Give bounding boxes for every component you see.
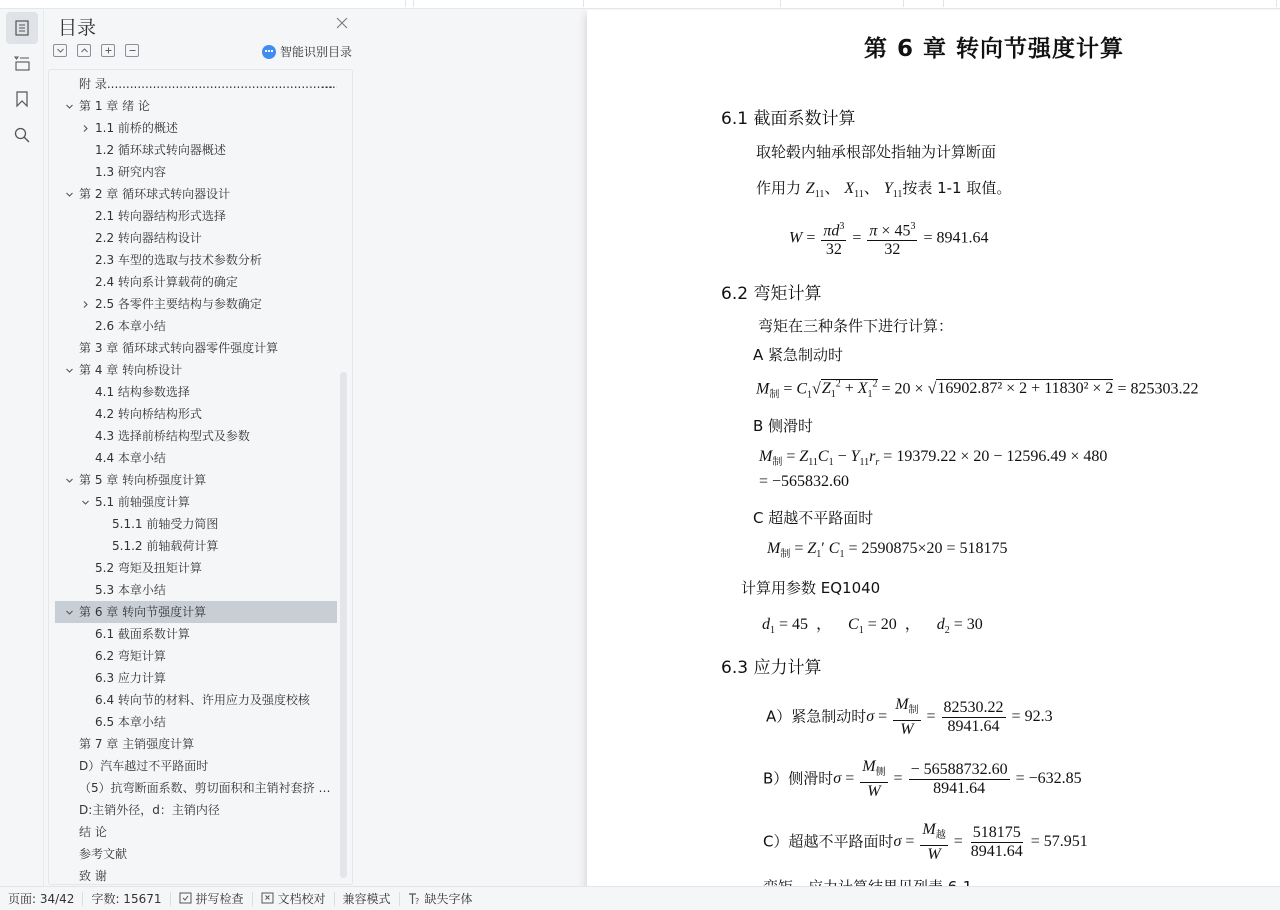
toc-item-label: 1.2 循环球式转向器概述 <box>95 139 226 161</box>
toc-item-label: 第 6 章 转向节强度计算 <box>79 601 206 623</box>
toc-item-label: 2.4 转向系计算载荷的确定 <box>95 271 238 293</box>
collapse-all-button[interactable] <box>53 44 67 57</box>
proofread-icon <box>261 892 274 905</box>
missing-font-icon: ? <box>408 892 421 905</box>
toc-item[interactable]: 2.3 车型的选取与技术参数分析 <box>55 249 337 271</box>
navigation-panel-button[interactable] <box>6 47 38 79</box>
toc-item[interactable]: 6.2 弯矩计算 <box>55 645 337 667</box>
paragraph: 弯矩、应力计算结果见列表 6-1 <box>763 876 972 886</box>
toc-item[interactable]: 第 5 章 转向桥强度计算 <box>55 469 337 491</box>
toc-item-label: 第 3 章 循环球式转向器零件强度计算 <box>79 337 278 359</box>
toc-item-label: D:主销外径，d：主销内径 <box>79 799 220 821</box>
toc-item-label: 5.1.2 前轴载荷计算 <box>112 535 218 557</box>
chapter-title: 第 6 章 转向节强度计算 <box>864 30 1124 63</box>
toc-item[interactable]: 第 7 章 主销强度计算 <box>55 733 337 755</box>
toc-item-label: 4.1 结构参数选择 <box>95 381 190 403</box>
toc-item-label: （5）抗弯断面系数、剪切面积和主销衬套挤 … <box>79 777 330 799</box>
ruler-tick <box>405 0 406 7</box>
bookmark-icon <box>13 90 31 108</box>
toc-item-label: 2.1 转向器结构形式选择 <box>95 205 226 227</box>
toc-item-label: D）汽车越过不平路面时 <box>79 755 208 777</box>
toc-panel-button[interactable] <box>6 12 38 44</box>
equation-moment-c: M制 = Z1′ C1 = 2590875×20 = 518175 <box>767 540 1022 560</box>
toc-item-label: 5.3 本章小结 <box>95 579 166 601</box>
svg-text:?: ? <box>415 897 419 905</box>
toc-item-label: 结 论 <box>79 821 107 843</box>
toc-item-label: 第 5 章 转向桥强度计算 <box>79 469 206 491</box>
toc-item[interactable]: 6.1 截面系数计算 <box>55 623 337 645</box>
toc-scrollbar[interactable] <box>340 372 347 878</box>
equation-params: d1 = 45 ， C1 = 20 ， d2 = 30 <box>762 611 983 636</box>
toc-item[interactable]: 第 4 章 转向桥设计 <box>55 359 337 381</box>
paragraph: 弯矩在三种条件下进行计算： <box>758 315 953 336</box>
document-canvas: 第 6 章 转向节强度计算 6.1 截面系数计算 取轮毂内轴承根部处指轴为计算断… <box>357 10 1280 886</box>
toc-item[interactable]: 第 1 章 绪 论 <box>55 95 337 117</box>
toc-item[interactable]: 4.1 结构参数选择 <box>55 381 337 403</box>
chevron-down-icon[interactable] <box>63 183 75 205</box>
toc-item-label: 1.1 前桥的概述 <box>95 117 178 139</box>
missing-font-button[interactable]: ? 缺失字体 <box>400 892 481 906</box>
section-heading-6-1: 6.1 截面系数计算 <box>721 104 855 129</box>
search-icon <box>13 126 31 144</box>
stress-c: C）超越不平路面时σ = M越W = 5181758941.64 = 57.95… <box>763 821 1088 864</box>
ruler-strip <box>0 0 1280 9</box>
toc-item[interactable]: 结 论 <box>55 821 337 843</box>
toc-item[interactable]: 5.3 本章小结 <box>55 579 337 601</box>
chevron-down-icon[interactable] <box>79 491 91 513</box>
toc-item-label: 6.3 应力计算 <box>95 667 166 689</box>
chevron-right-icon[interactable] <box>79 293 91 315</box>
ruler-tick <box>583 0 584 7</box>
toc-item[interactable]: 5.1.2 前轴载荷计算 <box>55 535 337 557</box>
ruler-tick <box>780 0 781 7</box>
toc-item[interactable]: 5.2 弯矩及扭矩计算 <box>55 557 337 579</box>
toc-item[interactable]: 5.1 前轴强度计算 <box>55 491 337 513</box>
chevron-down-icon[interactable] <box>63 601 75 623</box>
paragraph: 作用力 Z11、 X11、 Y11按表 1-1 取值。 <box>756 175 1011 200</box>
toc-item-label: 2.3 车型的选取与技术参数分析 <box>95 249 262 271</box>
toc-item-label: 第 4 章 转向桥设计 <box>79 359 182 381</box>
toc-item-label: 6.5 本章小结 <box>95 711 166 733</box>
toc-item[interactable]: 2.1 转向器结构形式选择 <box>55 205 337 227</box>
toc-item-label: 2.2 转向器结构设计 <box>95 227 202 249</box>
remove-level-button[interactable] <box>125 44 139 57</box>
ruler-tick <box>903 0 904 7</box>
ruler-tick <box>943 0 944 7</box>
toc-item[interactable]: 6.4 转向节的材料、许用应力及强度校核 <box>55 689 337 711</box>
toc-item-label: 第 7 章 主销强度计算 <box>79 733 194 755</box>
toc-item-label: 致 谢 <box>79 865 107 885</box>
navigation-icon <box>13 54 31 72</box>
toc-item[interactable]: 附 录.....................................… <box>55 73 337 95</box>
doc-proofread-button[interactable]: 文档校对 <box>253 892 335 906</box>
section-heading-6-3: 6.3 应力计算 <box>721 653 821 678</box>
toc-list: 致 谢参考文献结 论D:主销外径，d：主销内径（5）抗弯断面系数、剪切面积和主销… <box>48 69 353 885</box>
toc-item-label: 6.4 转向节的材料、许用应力及强度校核 <box>95 689 310 711</box>
minus-icon <box>128 46 137 55</box>
equation-moment-a: M制 = C1√Z12 + X12 = 20 × √16902.87² × 2 … <box>756 379 1198 401</box>
toc-item[interactable]: 4.2 转向桥结构形式 <box>55 403 337 425</box>
page-indicator[interactable]: 页面: 34/42 <box>0 892 83 906</box>
toc-item[interactable]: 第 2 章 循环球式转向器设计 <box>55 183 337 205</box>
toc-item[interactable]: （5）抗弯断面系数、剪切面积和主销衬套挤 … <box>55 777 337 799</box>
case-label: B 侧滑时 <box>753 415 813 436</box>
toc-item[interactable]: 2.4 转向系计算载荷的确定 <box>55 271 337 293</box>
add-level-button[interactable] <box>101 44 115 57</box>
sidebar-rail <box>0 10 44 886</box>
toc-item[interactable]: 1.1 前桥的概述 <box>55 117 337 139</box>
section-heading-6-2: 6.2 弯矩计算 <box>721 279 821 304</box>
toc-item-label: 4.2 转向桥结构形式 <box>95 403 202 425</box>
toc-item[interactable]: D:主销外径，d：主销内径 <box>55 799 337 821</box>
toc-item-label: 5.2 弯矩及扭矩计算 <box>95 557 202 579</box>
toc-item[interactable]: 2.5 各零件主要结构与参数确定 <box>55 293 337 315</box>
chevron-up-icon <box>80 46 89 55</box>
toc-item[interactable]: 6.5 本章小结 <box>55 711 337 733</box>
toc-item-label: 第 2 章 循环球式转向器设计 <box>79 183 230 205</box>
equation-moment-b-result: = −565832.60 <box>759 473 849 491</box>
toc-item-label: 6.1 截面系数计算 <box>95 623 190 645</box>
toc-title: 目录 <box>58 13 96 40</box>
toc-item[interactable]: 第 3 章 循环球式转向器零件强度计算 <box>55 337 337 359</box>
toc-item-label: 6.2 弯矩计算 <box>95 645 166 667</box>
paragraph: 取轮毂内轴承根部处指轴为计算断面 <box>756 141 996 162</box>
toc-item[interactable]: 1.2 循环球式转向器概述 <box>55 139 337 161</box>
toc-item-suffix: … <box>321 73 333 95</box>
toc-item-label: 2.6 本章小结 <box>95 315 166 337</box>
toc-item[interactable]: 4.3 选择前桥结构型式及参数 <box>55 425 337 447</box>
paragraph: 计算用参数 EQ1040 <box>741 577 880 598</box>
toc-item[interactable]: 6.3 应力计算 <box>55 667 337 689</box>
chevron-down-icon[interactable] <box>63 359 75 381</box>
toc-panel: 目录 智能识别目录 致 谢参考文献结 论D:主销外径，d：主销内径（5）抗弯断面… <box>45 10 357 886</box>
expand-up-button[interactable] <box>77 44 91 57</box>
toc-item-label: 参考文献 <box>79 843 127 865</box>
spell-check-icon <box>179 892 192 905</box>
toc-item[interactable]: 第 6 章 转向节强度计算 <box>55 601 337 623</box>
toc-item-label: 2.5 各零件主要结构与参数确定 <box>95 293 262 315</box>
stress-a: A）紧急制动时σ = M制W = 82530.228941.64 = 92.3 <box>766 696 1053 739</box>
compat-mode-button[interactable]: 兼容模式 <box>335 892 400 906</box>
toc-item[interactable]: 参考文献 <box>55 843 337 865</box>
equation-moment-b: M制 = Z11C1 − Y11rr = 19379.22 × 20 − 125… <box>759 448 1107 468</box>
smart-toc-label: 智能识别目录 <box>280 43 352 60</box>
chevron-right-icon[interactable] <box>79 117 91 139</box>
toc-item-label: 附 录.....................................… <box>79 73 337 95</box>
toc-item-label: 第 1 章 绪 论 <box>79 95 150 117</box>
toc-item[interactable]: 致 谢 <box>55 865 337 885</box>
search-panel-button[interactable] <box>6 119 38 151</box>
toc-item-label: 5.1.1 前轴受力简图 <box>112 513 218 535</box>
smart-toc-button[interactable]: 智能识别目录 <box>262 43 352 60</box>
toc-item[interactable]: 2.2 转向器结构设计 <box>55 227 337 249</box>
equation-section-modulus: W = πd332 = π × 45332 = 8941.64 <box>789 218 988 259</box>
toc-item[interactable]: 2.6 本章小结 <box>55 315 337 337</box>
document-page: 第 6 章 转向节强度计算 6.1 截面系数计算 取轮毂内轴承根部处指轴为计算断… <box>587 10 1280 886</box>
plus-icon <box>104 46 113 55</box>
toc-item-label: 4.3 选择前桥结构型式及参数 <box>95 425 250 447</box>
spell-check-button[interactable]: 拼写检查 <box>171 892 253 906</box>
toc-item[interactable]: 5.1.1 前轴受力简图 <box>55 513 337 535</box>
toc-item-label: 5.1 前轴强度计算 <box>95 491 190 513</box>
case-label: A 紧急制动时 <box>753 344 843 365</box>
bookmark-panel-button[interactable] <box>6 83 38 115</box>
close-icon[interactable] <box>335 16 349 30</box>
toc-item-label: 4.4 本章小结 <box>95 447 166 469</box>
ai-icon <box>262 45 276 59</box>
ruler-tick <box>413 0 414 7</box>
word-count[interactable]: 字数: 15671 <box>83 892 170 906</box>
chevron-down-icon[interactable] <box>63 95 75 117</box>
ruler-tick <box>1276 0 1277 7</box>
toc-item[interactable]: D）汽车越过不平路面时 <box>55 755 337 777</box>
status-bar: 页面: 34/42 字数: 15671 拼写检查 文档校对 兼容模式 ? 缺失字… <box>0 886 1280 910</box>
toc-item[interactable]: 4.4 本章小结 <box>55 447 337 469</box>
toc-icon <box>13 19 31 37</box>
chevron-down-icon[interactable] <box>63 469 75 491</box>
stress-b: B）侧滑时σ = M侧W = − 56588732.608941.64 = −6… <box>763 758 1082 801</box>
chevron-down-icon <box>56 46 65 55</box>
toc-item[interactable]: 1.3 研究内容 <box>55 161 337 183</box>
case-label: C 超越不平路面时 <box>753 507 873 528</box>
toc-item-label: 1.3 研究内容 <box>95 161 166 183</box>
toc-toolbar <box>53 44 139 57</box>
